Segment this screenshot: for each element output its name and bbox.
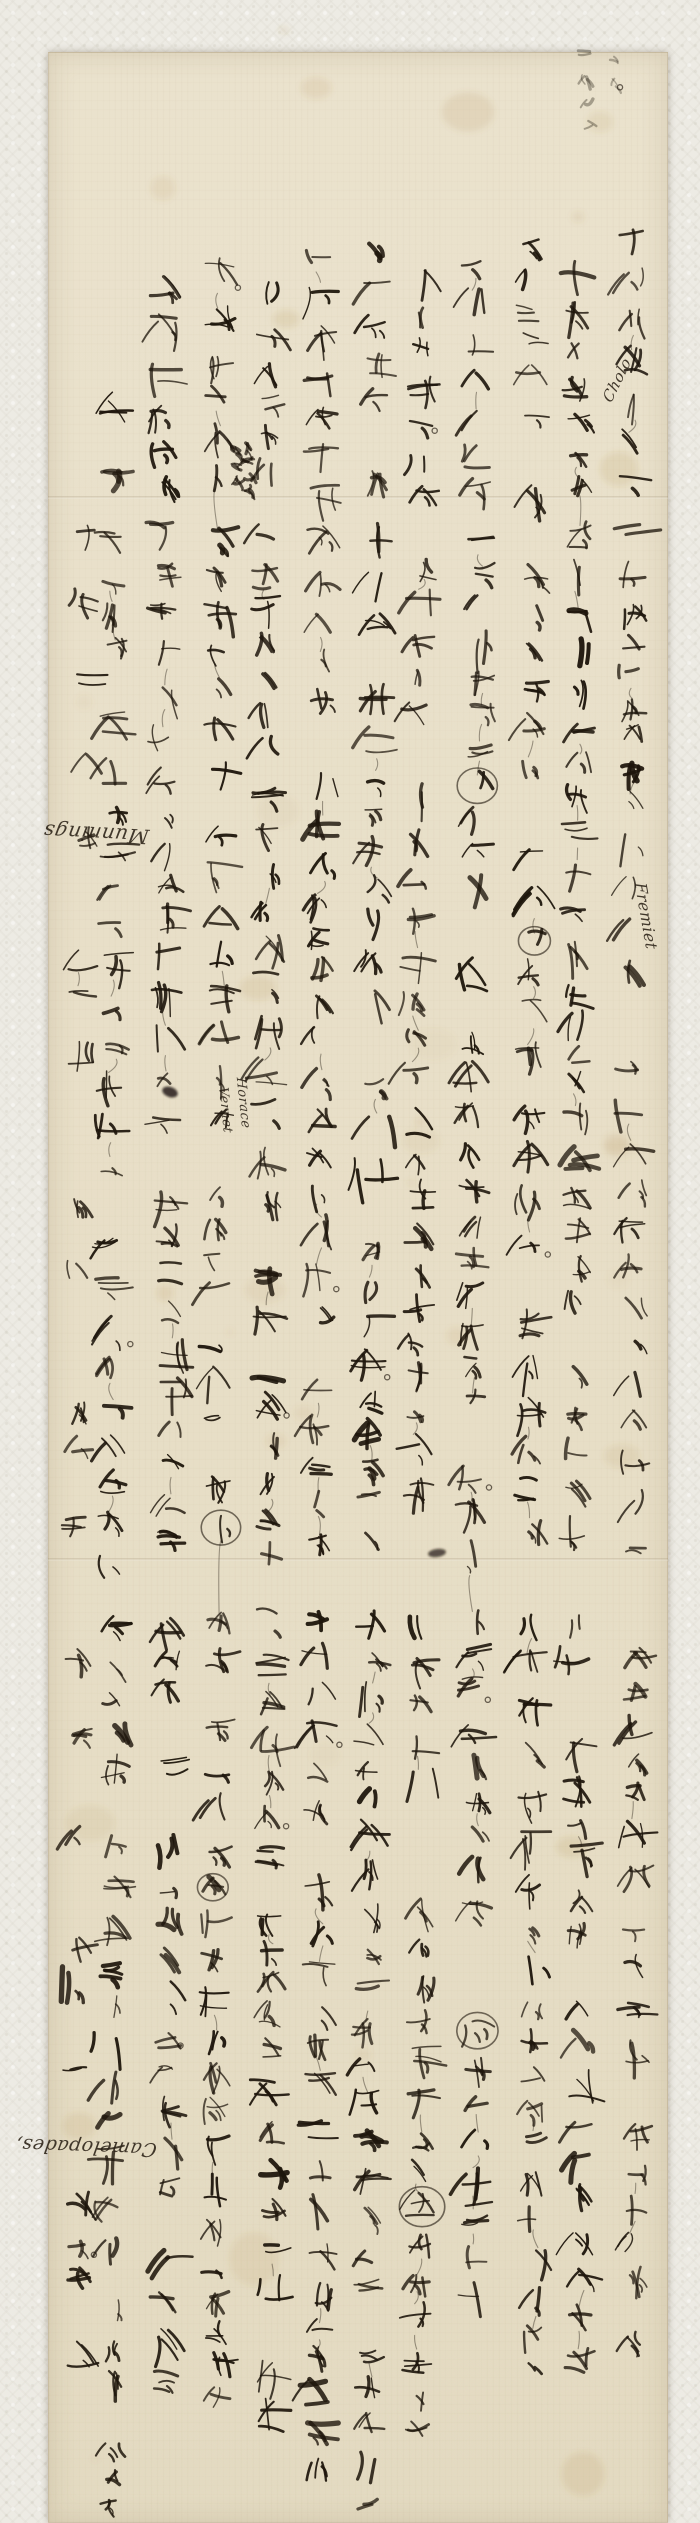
foxing-stain-layer xyxy=(62,27,640,2497)
ink-smear-layer xyxy=(161,1085,447,1559)
scanned-manuscript-page: { "document": { "kind": "scanned handwri… xyxy=(0,0,700,2523)
